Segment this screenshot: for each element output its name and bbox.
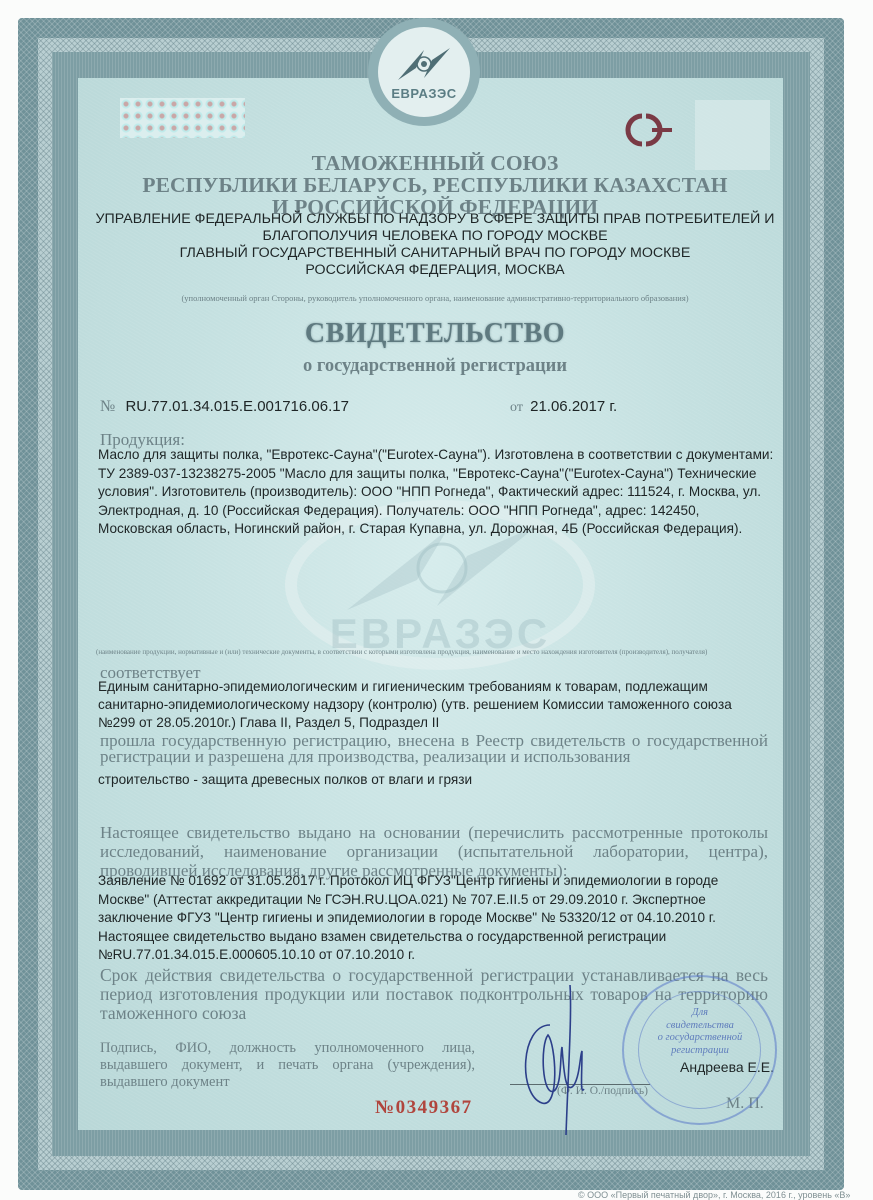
stamp-line: о государственной (646, 1032, 754, 1045)
basis-line: Москве" (Аттестат аккредитации № ГСЭН.RU… (98, 891, 778, 910)
handwritten-signature-icon (510, 985, 610, 1135)
basis-line: Заявление № 01692 от 31.05.2017 г. Прото… (98, 872, 778, 891)
agency-caption: (уполномоченный орган Стороны, руководит… (90, 293, 780, 303)
product-line: ТУ 2389-037-13238275-2005 "Масло для защ… (98, 465, 778, 484)
conformity-line: Единым санитарно-эпидемиологическим и ги… (98, 678, 778, 696)
date-value: 21.06.2017 г. (530, 398, 617, 415)
certificate-number: № RU.77.01.34.015.Е.001716.06.17 (100, 398, 349, 416)
usage-scope: строительство - защита древесных полков … (98, 771, 778, 790)
date-label: от (510, 400, 523, 415)
basis-documents: Заявление № 01692 от 31.05.2017 г. Прото… (98, 872, 778, 965)
issuing-agency: УПРАВЛЕНИЕ ФЕДЕРАЛЬНОЙ СЛУЖБЫ ПО НАДЗОРУ… (90, 211, 780, 279)
agency-line: БЛАГОПОЛУЧИЯ ЧЕЛОВЕКА ПО ГОРОДУ МОСКВЕ (90, 228, 780, 245)
number-value: RU.77.01.34.015.Е.001716.06.17 (125, 398, 349, 415)
registration-statement: прошла государственную регистрацию, внес… (100, 733, 768, 765)
document-subtitle: о государственной регистрации (90, 356, 780, 377)
product-line: Масло для защиты полка, "Евротекс-Сауна"… (98, 446, 778, 465)
product-label: Продукция: (100, 432, 185, 447)
conformity-line: №299 от 28.05.2010г.) Глава II, Раздел 5… (98, 714, 778, 732)
union-line: ТАМОЖЕННЫЙ СОЮЗ (90, 152, 780, 174)
union-line: РЕСПУБЛИКИ БЕЛАРУСЬ, РЕСПУБЛИКИ КАЗАХСТА… (90, 174, 780, 196)
signature-label: Подпись, ФИО, должность уполномоченного … (100, 1040, 475, 1091)
agency-line: УПРАВЛЕНИЕ ФЕДЕРАЛЬНОЙ СЛУЖБЫ ПО НАДЗОРУ… (90, 211, 780, 228)
customs-union-title: ТАМОЖЕННЫЙ СОЮЗ РЕСПУБЛИКИ БЕЛАРУСЬ, РЕС… (90, 152, 780, 218)
certificate-date: от 21.06.2017 г. (510, 398, 617, 416)
stamp-text: Для свидетельства о государственной реги… (646, 1007, 754, 1057)
blank-serial-number: №0349367 (375, 1097, 473, 1119)
number-label: № (100, 398, 115, 415)
conformity-requirements: Единым санитарно-эпидемиологическим и ги… (98, 678, 778, 732)
product-description: Масло для защиты полка, "Евротекс-Сауна"… (98, 446, 778, 539)
printer-imprint: © ООО «Первый печатный двор», г. Москва,… (578, 1190, 850, 1200)
product-caption: (наименование продукции, нормативные и (… (96, 648, 786, 656)
stamp-line: Для (646, 1007, 754, 1020)
product-line: Московская область, Ногинский район, г. … (98, 520, 778, 539)
basis-line: заключение ФГУЗ "Центр гигиены и эпидеми… (98, 909, 778, 928)
stamp-line: свидетельства (646, 1020, 754, 1033)
agency-line: РОССИЙСКАЯ ФЕДЕРАЦИЯ, МОСКВА (90, 262, 780, 279)
product-line: Электродная, д. 10 (Российская Федерация… (98, 502, 778, 521)
basis-line: Настоящее свидетельство выдано взамен св… (98, 928, 778, 947)
document-title: СВИДЕТЕЛЬСТВО (90, 318, 780, 350)
agency-line: ГЛАВНЫЙ ГОСУДАРСТВЕННЫЙ САНИТАРНЫЙ ВРАЧ … (90, 245, 780, 262)
basis-line: №RU.77.01.34.015.Е.000605.10.10 от 07.10… (98, 946, 778, 965)
product-line: условия". Изготовитель (производитель): … (98, 483, 778, 502)
conformity-line: санитарно-эпидемиологическому надзору (к… (98, 696, 778, 714)
official-stamp: Для свидетельства о государственной реги… (622, 975, 777, 1125)
stamp-line: регистрации (646, 1045, 754, 1058)
